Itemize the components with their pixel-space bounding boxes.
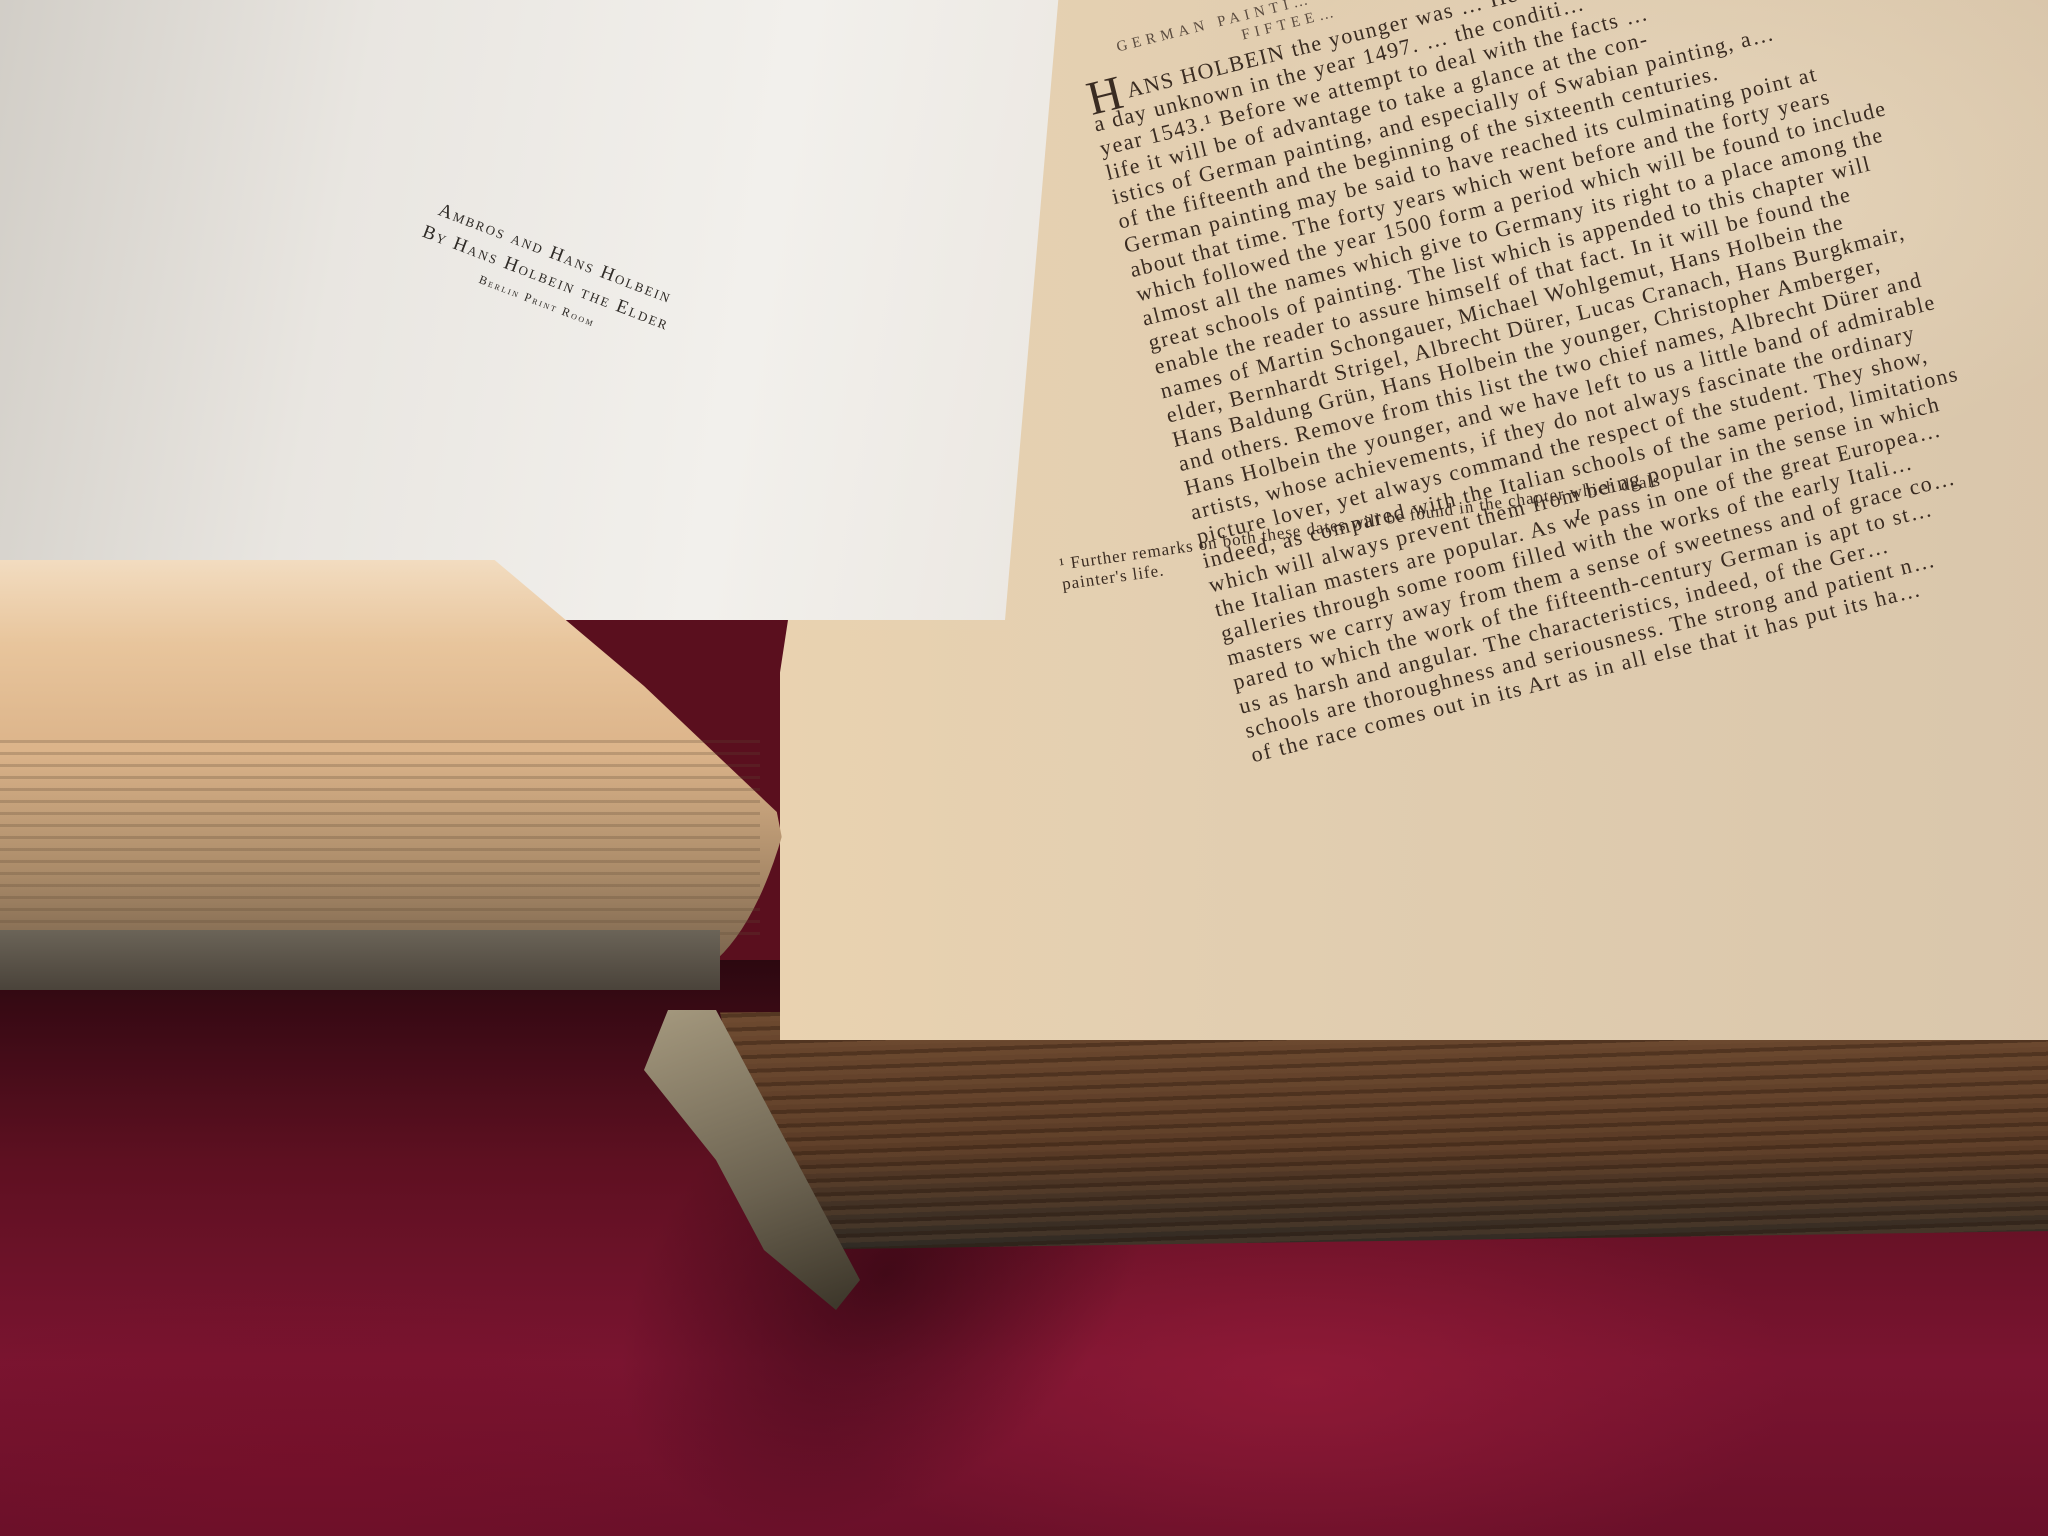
photo-scene: Ambros and Hans Holbein By Hans Holbein … xyxy=(0,0,2048,1536)
left-page-plate xyxy=(0,0,1060,620)
left-page-edges xyxy=(0,740,760,940)
left-cover-board xyxy=(0,930,720,990)
